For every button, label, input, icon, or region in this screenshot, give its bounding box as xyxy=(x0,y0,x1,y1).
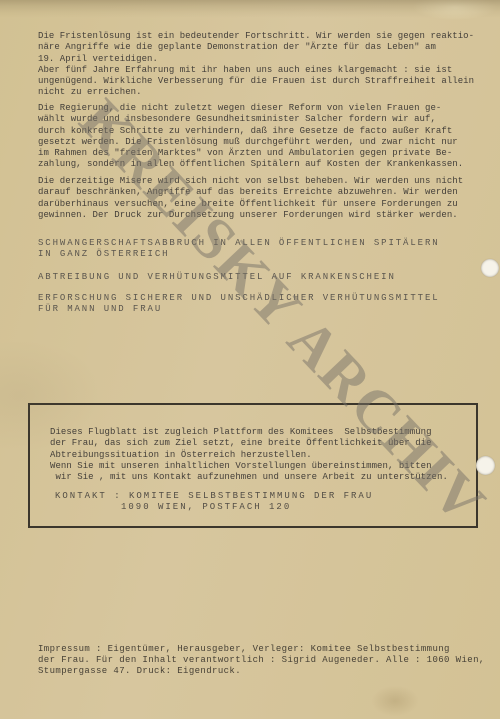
scanned-flyer-page: Die Fristenlösung ist ein bedeutender Fo… xyxy=(0,0,500,719)
impressum: Impressum : Eigentümer, Herausgeber, Ver… xyxy=(38,644,485,676)
paragraph-misere: Die derzeitige Misere wird sich nicht vo… xyxy=(38,176,463,221)
hole-punch-top xyxy=(481,259,499,277)
demand-verhuetungsmittel: ERFORSCHUNG SICHERER UND UNSCHÄDLICHER V… xyxy=(38,293,440,315)
platform-box: Dieses Flugblatt ist zugleich Plattform … xyxy=(28,403,478,528)
platform-text: Dieses Flugblatt ist zugleich Plattform … xyxy=(50,427,448,483)
demand-krankenschein: ABTREIBUNG UND VERHÜTUNGSMITTEL AUF KRAN… xyxy=(38,272,396,283)
demand-spitaeler: SCHWANGERSCHAFTSABBRUCH IN ALLEN ÖFFENTL… xyxy=(38,238,440,260)
paragraph-fristenloesung: Die Fristenlösung ist ein bedeutender Fo… xyxy=(38,31,474,99)
paragraph-regierung: Die Regierung, die nicht zuletzt wegen d… xyxy=(38,103,463,171)
contact-address: 1090 WIEN, POSTFACH 120 xyxy=(121,502,291,513)
contact-line: KONTAKT : KOMITEE SELBSTBESTIMMUNG DER F… xyxy=(55,491,373,502)
hole-punch-bottom xyxy=(476,456,495,475)
